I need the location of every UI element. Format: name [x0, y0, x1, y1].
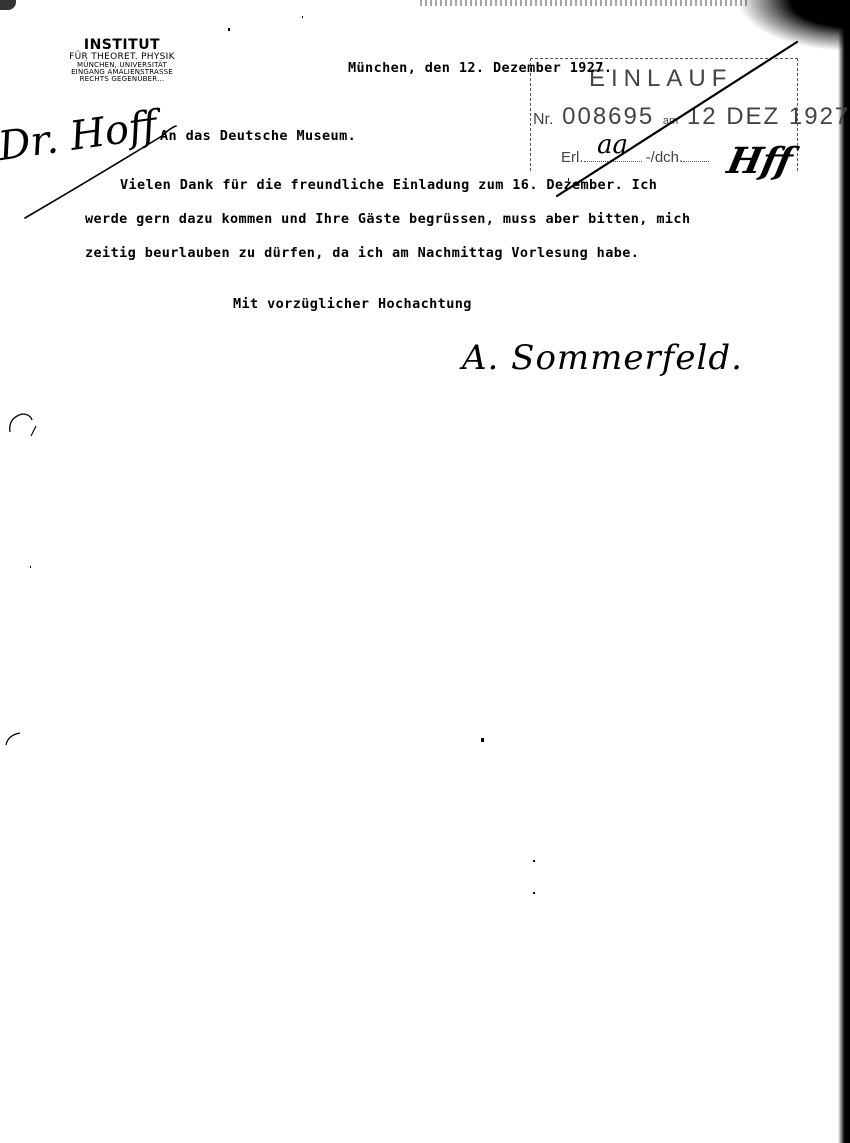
letter-page: INSTITUT FÜR THEORET. PHYSIK MÜNCHEN, UN… [0, 0, 850, 1143]
stamp-number-prefix: Nr. [533, 111, 553, 128]
pen-strokes [0, 0, 850, 1143]
scan-edge-top [420, 0, 750, 6]
letter-addressee: An das Deutsche Museum. [160, 128, 356, 144]
stamp-number-line: Nr. 008695 am 12 DEZ 1927 [533, 103, 850, 131]
stamp-erl-label: Erl. [561, 149, 584, 166]
scan-edge-top-right [740, 0, 850, 50]
letterhead-line-4: RECHTS GEGENÜBER... [22, 76, 222, 83]
letter-body-line: zeitig beurlauben zu dürfen, da ich am N… [85, 245, 639, 261]
letter-body-line: Vielen Dank für die freundliche Einladun… [120, 177, 657, 193]
stamp-dch-handwritten: Hff [724, 140, 797, 182]
stamp-number: 008695 [562, 103, 654, 130]
letterhead-title: INSTITUT [22, 38, 222, 52]
scan-edge-right [838, 0, 850, 1143]
letter-date: München, den 12. Dezember 1927. [348, 60, 612, 76]
margin-curl-mark [31, 426, 36, 436]
stamp-erl-handwritten: aa [597, 130, 628, 160]
margin-curl-mark [10, 414, 32, 432]
stamp-dch-label: -/dch. [646, 149, 684, 166]
stamp-date-prefix: am [663, 115, 678, 127]
letter-closing: Mit vorzüglicher Hochachtung [233, 296, 472, 312]
letterhead: INSTITUT FÜR THEORET. PHYSIK MÜNCHEN, UN… [22, 38, 222, 83]
handwritten-signature: A. Sommerfeld. [462, 338, 743, 378]
stamp-date: 12 DEZ 1927 [687, 103, 850, 130]
letter-body-line: werde gern dazu kommen und Ihre Gäste be… [85, 211, 690, 227]
stamp-erl-line: Erl. -/dch. [561, 149, 709, 166]
handwritten-margin-note: Dr. Hoff [0, 102, 160, 170]
margin-curl-mark [6, 733, 20, 745]
scan-edge-top-left [0, 0, 16, 10]
